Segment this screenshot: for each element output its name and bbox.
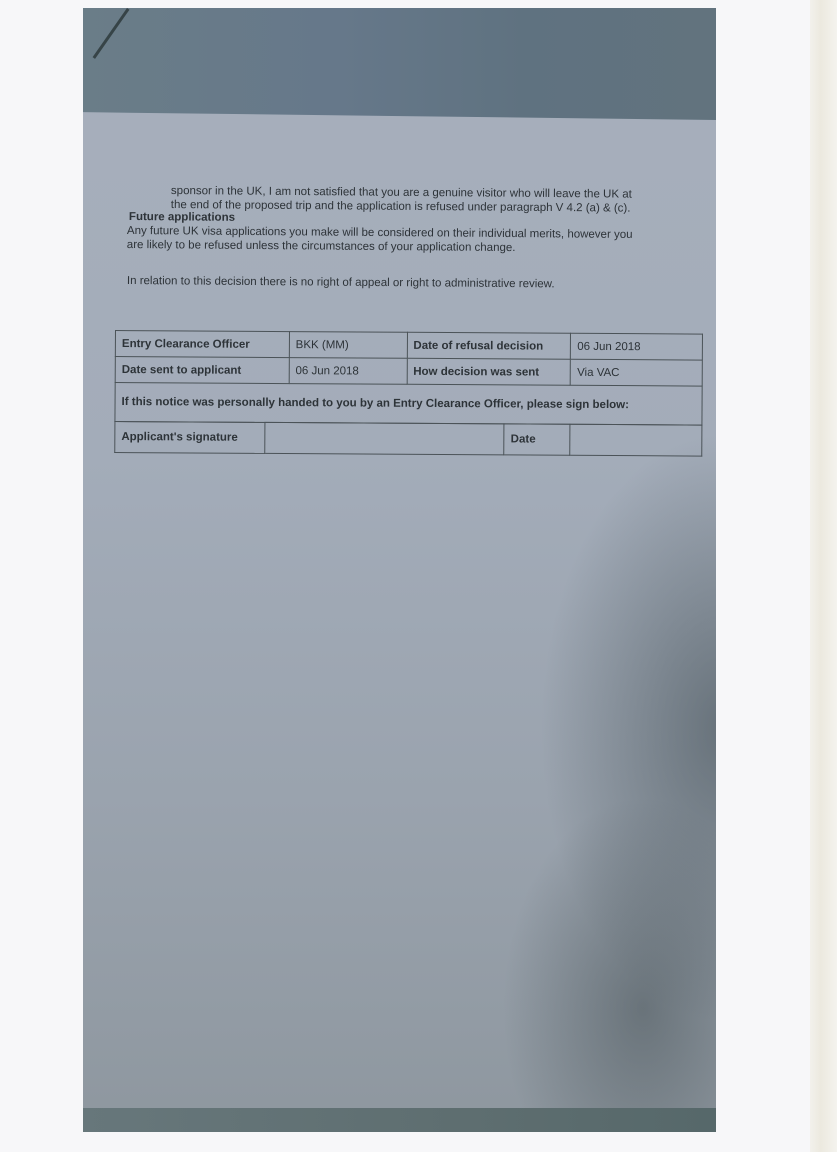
entry-clearance-officer-value: BKK (MM) [289, 332, 407, 359]
scanner-edge [810, 0, 837, 1152]
sign-notice: If this notice was personally handed to … [115, 383, 702, 426]
refusal-date-value: 06 Jun 2018 [571, 333, 703, 360]
signature-table: Applicant's signature Date [114, 421, 702, 457]
scanned-page: sponsor in the UK, I am not satisfied th… [83, 8, 716, 1132]
signature-date-label: Date [504, 424, 570, 455]
applicant-signature-label: Applicant's signature [115, 422, 265, 454]
refusal-line-2: the end of the proposed trip and the app… [171, 198, 632, 216]
sent-method-value: Via VAC [571, 359, 703, 386]
table-row: If this notice was personally handed to … [115, 383, 702, 426]
decision-table: Entry Clearance Officer BKK (MM) Date of… [114, 330, 703, 457]
page-top-shadow [83, 8, 716, 120]
signature-date-field [570, 424, 702, 456]
table-row: Entry Clearance Officer BKK (MM) Date of… [115, 331, 702, 361]
table-row: Date sent to applicant 06 Jun 2018 How d… [115, 357, 702, 387]
future-applications-heading: Future applications [129, 210, 235, 225]
table-row: Applicant's signature Date [115, 422, 702, 457]
appeal-paragraph: In relation to this decision there is no… [127, 274, 555, 291]
date-sent-value: 06 Jun 2018 [289, 358, 407, 385]
applicant-signature-field [265, 422, 505, 454]
sent-method-label: How decision was sent [407, 358, 571, 385]
entry-clearance-officer-label: Entry Clearance Officer [115, 331, 289, 358]
page-bottom-shadow [83, 1108, 716, 1132]
decision-details-table: Entry Clearance Officer BKK (MM) Date of… [114, 330, 703, 426]
future-applications-paragraph: Any future UK visa applications you make… [127, 224, 633, 256]
refusal-date-label: Date of refusal decision [407, 332, 571, 359]
refusal-paragraph: sponsor in the UK, I am not satisfied th… [171, 184, 632, 216]
date-sent-label: Date sent to applicant [115, 357, 289, 384]
